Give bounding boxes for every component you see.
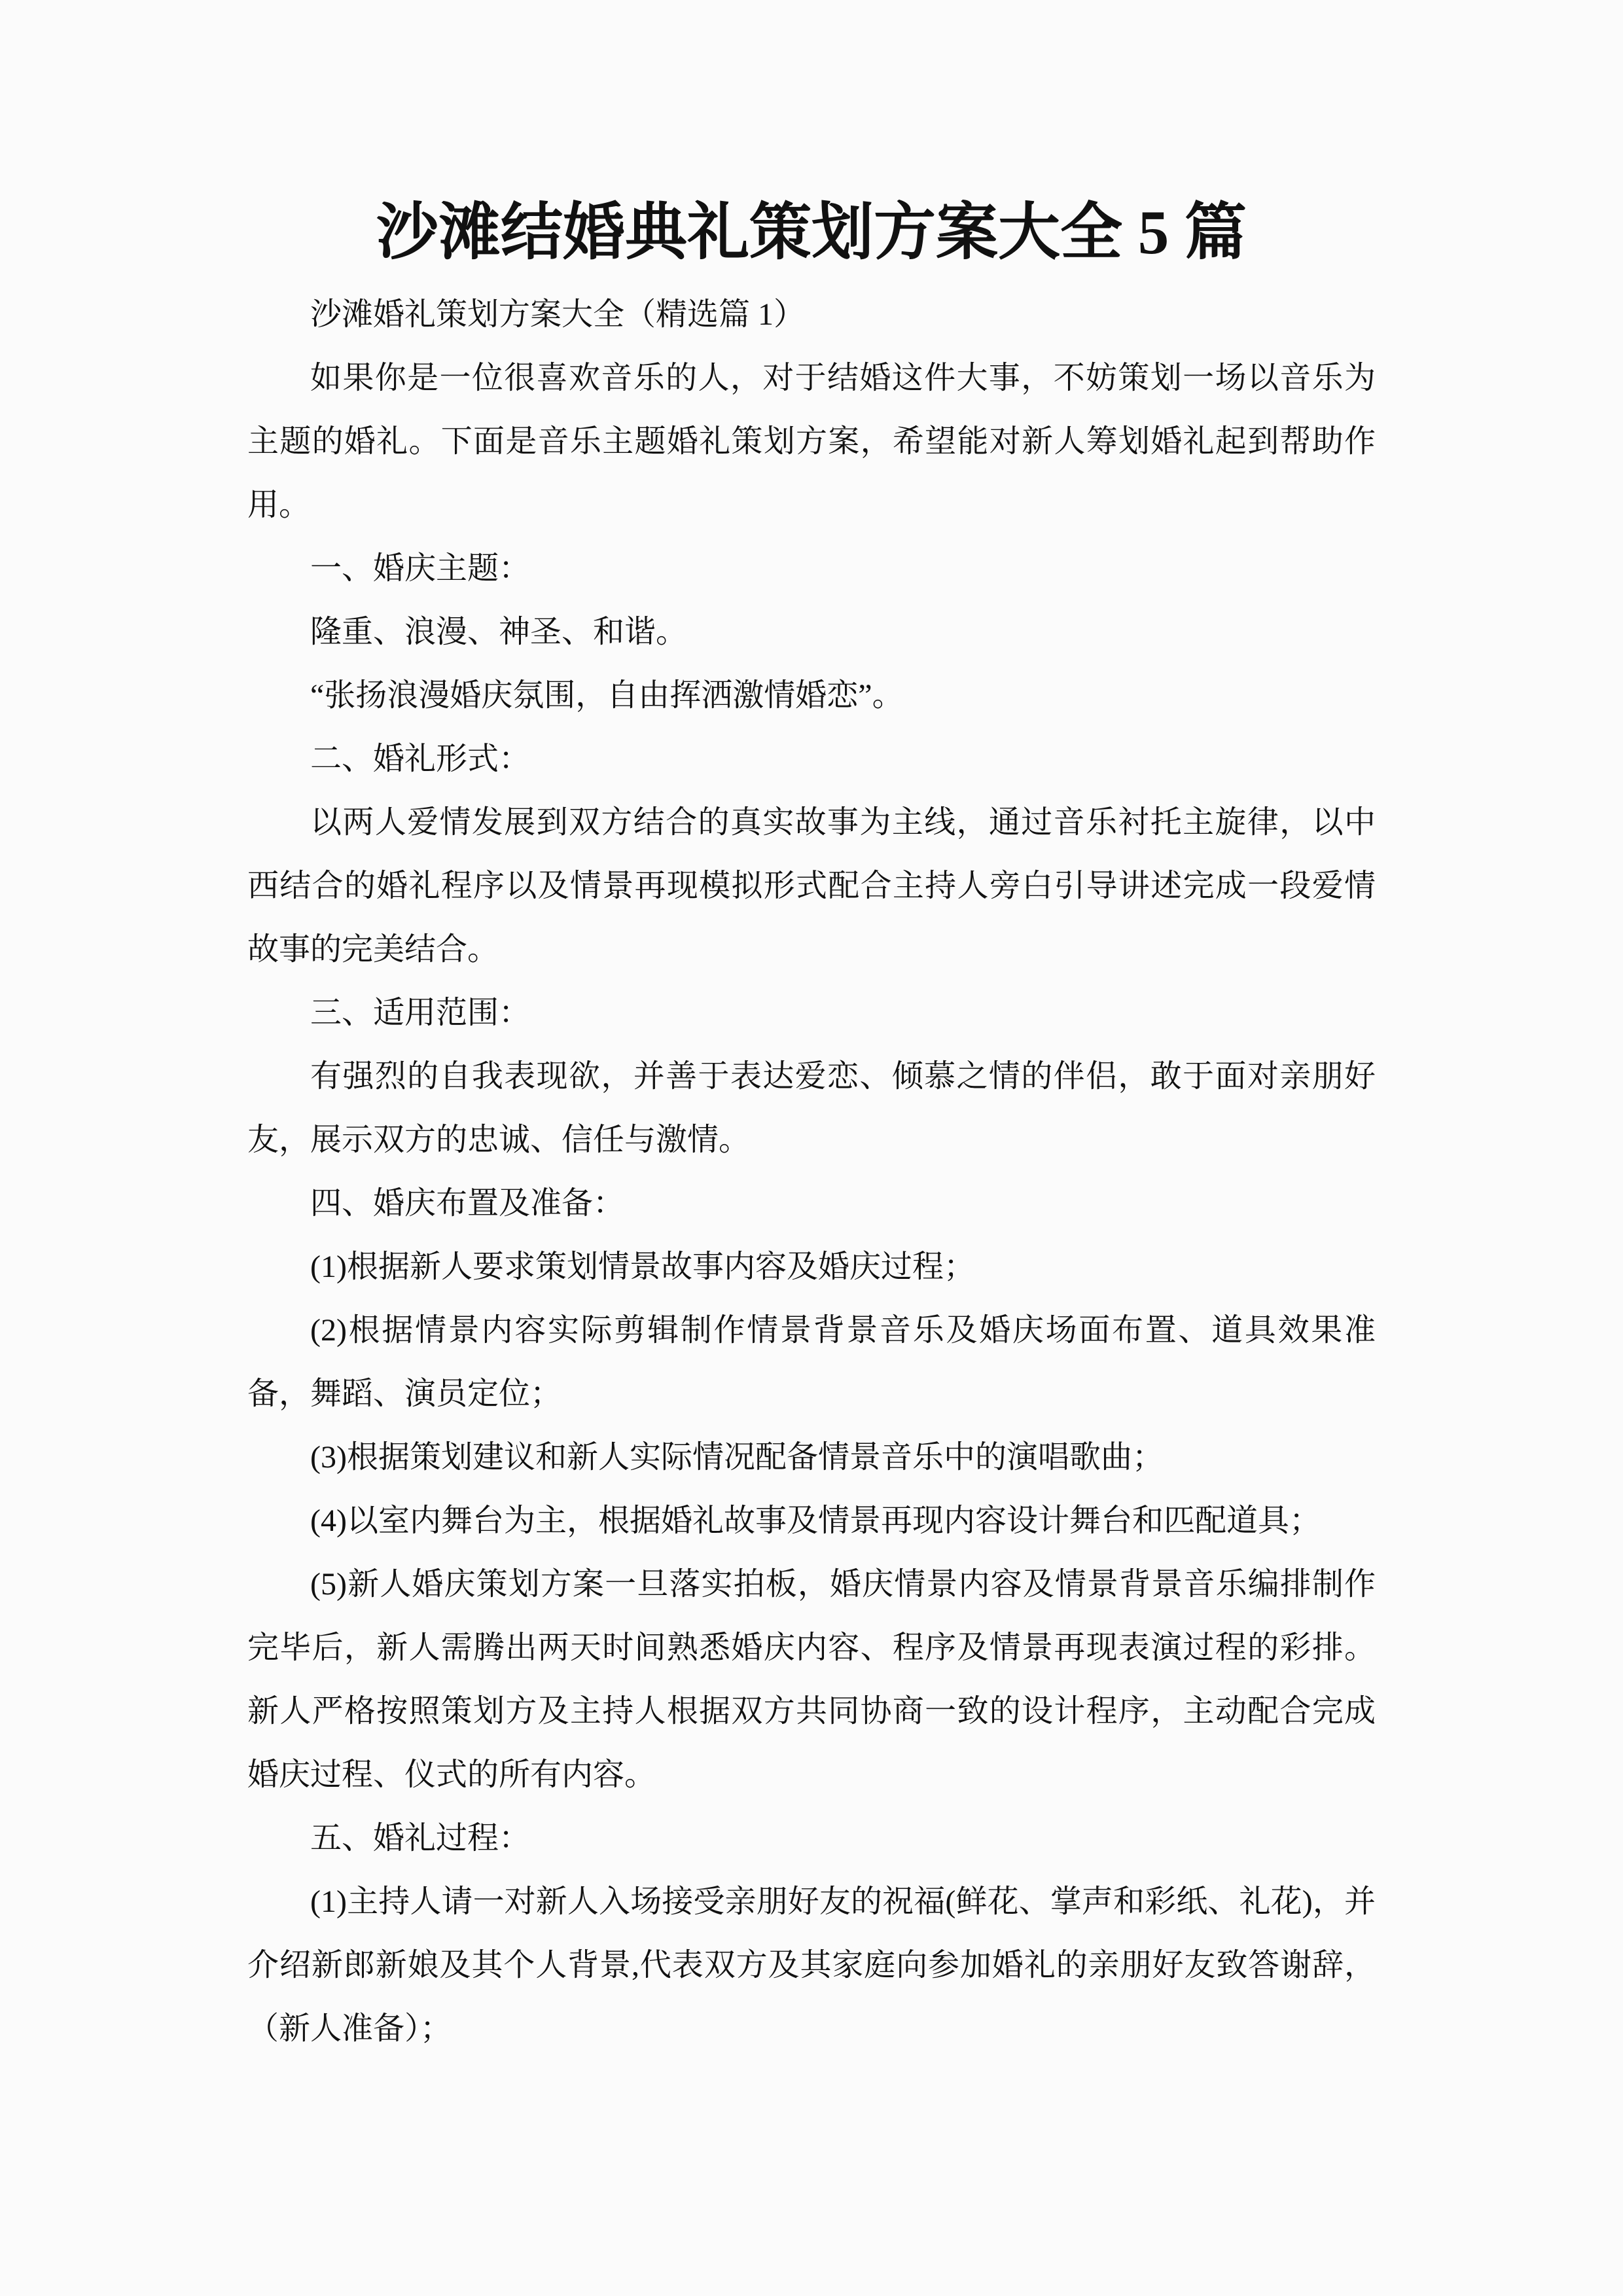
section-4-item-3: (3)根据策划建议和新人实际情况配备情景音乐中的演唱歌曲；: [247, 1426, 1376, 1489]
section-heading-3: 三、适用范围：: [247, 981, 1376, 1045]
section-4-item-5: (5)新人婚庆策划方案一旦落实拍板，婚庆情景内容及情景背景音乐编排制作完毕后，新…: [247, 1552, 1376, 1806]
document-body: 沙滩婚礼策划方案大全（精选篇 1） 如果你是一位很喜欢音乐的人，对于结婚这件大事…: [247, 283, 1376, 2060]
section-heading-4: 四、婚庆布置及准备：: [247, 1172, 1376, 1235]
section-5-item-1: (1)主持人请一对新人入场接受亲朋好友的祝福(鲜花、掌声和彩纸、礼花)，并介绍新…: [247, 1870, 1376, 2060]
subtitle: 沙滩婚礼策划方案大全（精选篇 1）: [247, 283, 1376, 346]
section-1-content: 隆重、浪漫、神圣、和谐。: [247, 600, 1376, 664]
section-4-item-1: (1)根据新人要求策划情景故事内容及婚庆过程；: [247, 1235, 1376, 1299]
section-2-content: 以两人爱情发展到双方结合的真实故事为主线，通过音乐衬托主旋律，以中西结合的婚礼程…: [247, 791, 1376, 981]
section-heading-1: 一、婚庆主题：: [247, 537, 1376, 600]
document-title: 沙滩结婚典礼策划方案大全 5 篇: [0, 0, 1623, 274]
section-3-content: 有强烈的自我表现欲，并善于表达爱恋、倾慕之情的伴侣，敢于面对亲朋好友，展示双方的…: [247, 1045, 1376, 1172]
section-heading-5: 五、婚礼过程：: [247, 1806, 1376, 1870]
section-4-item-2: (2)根据情景内容实际剪辑制作情景背景音乐及婚庆场面布置、道具效果准备，舞蹈、演…: [247, 1299, 1376, 1426]
section-heading-2: 二、婚礼形式：: [247, 727, 1376, 791]
section-4-item-4: (4)以室内舞台为主，根据婚礼故事及情景再现内容设计舞台和匹配道具；: [247, 1489, 1376, 1552]
intro-paragraph: 如果你是一位很喜欢音乐的人，对于结婚这件大事，不妨策划一场以音乐为主题的婚礼。下…: [247, 346, 1376, 537]
section-1-quote: “张扬浪漫婚庆氛围，自由挥洒激情婚恋”。: [247, 664, 1376, 727]
document-page: 沙滩结婚典礼策划方案大全 5 篇 沙滩婚礼策划方案大全（精选篇 1） 如果你是一…: [0, 0, 1623, 2296]
